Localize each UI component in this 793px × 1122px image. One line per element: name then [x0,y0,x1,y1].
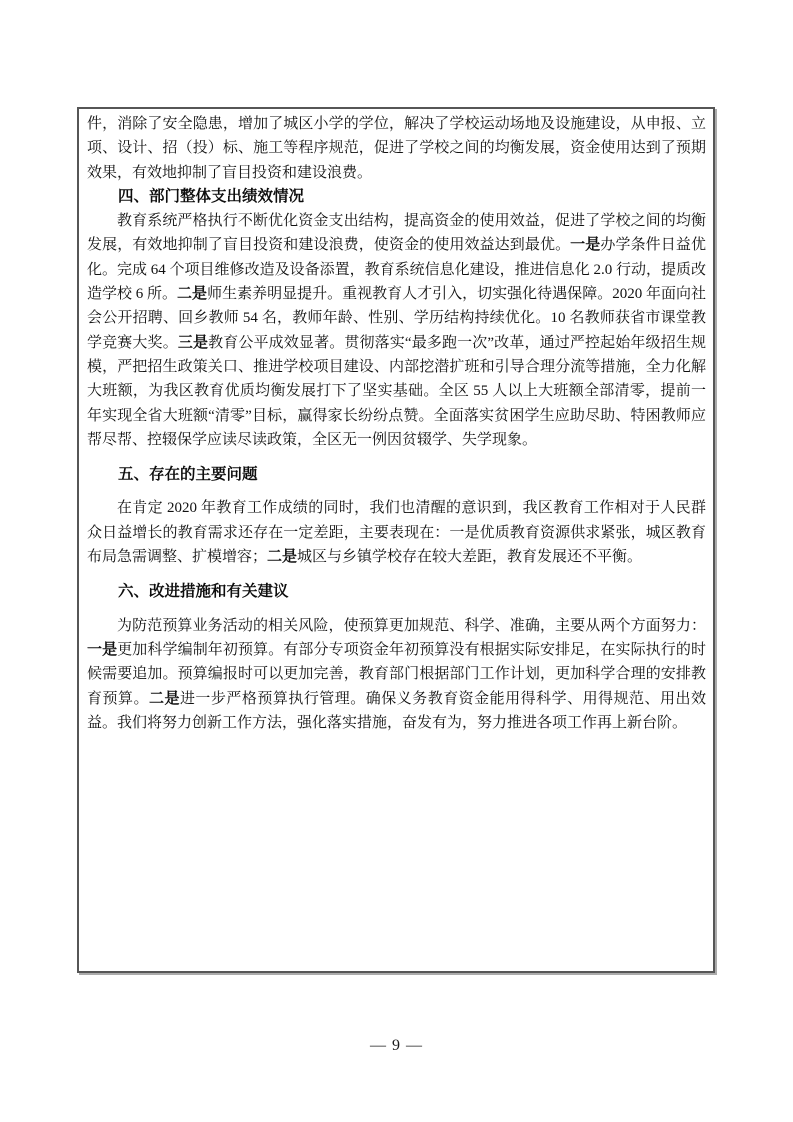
emphasis-run: 二是 [267,549,297,565]
text-run: 城区与乡镇学校存在较大差距，教育发展还不平衡。 [297,549,642,565]
paragraph-continuation: 件，消除了安全隐患，增加了城区小学的学位，解决了学校运动场地及设施建设，从申报、… [87,112,706,185]
heading-section-6: 六、改进措施和有关建议 [87,580,706,604]
text-run: 件，消除了安全隐患，增加了城区小学的学位，解决了学校运动场地及设施建设，从申报、… [87,116,706,181]
emphasis-run: 一是 [570,237,600,253]
emphasis-run: 一是 [87,642,117,658]
emphasis-run: 二是 [149,691,180,707]
heading-text: 五、存在的主要问题 [118,466,258,483]
emphasis-run: 三是 [178,335,208,351]
heading-section-5: 五、存在的主要问题 [87,463,706,487]
report-table-frame: 件，消除了安全隐患，增加了城区小学的学位，解决了学校运动场地及设施建设，从申报、… [77,107,715,973]
heading-section-4: 四、部门整体支出绩效情况 [87,185,706,209]
page-number: — 9 — [0,1035,793,1057]
text-run: 进一步严格预算执行管理。确保义务教育资金能用得科学、用得规范、用出效益。我们将努… [87,691,706,731]
heading-text: 六、改进措施和有关建议 [118,583,289,600]
page-number-text: — 9 — [370,1037,423,1054]
heading-text: 四、部门整体支出绩效情况 [118,188,304,205]
emphasis-run: 二是 [177,286,207,302]
text-run: 教育公平成效显著。贯彻落实“最多跑一次”改革，通过严控起始年级招生规模，严把招生… [87,335,706,448]
paragraph-section-6: 为防范预算业务活动的相关风险，使预算更加规范、科学、准确，主要从两个方面努力：一… [87,614,706,735]
paragraph-section-5: 在肯定 2020 年教育工作成绩的同时，我们也清醒的意识到，我区教育工作相对于人… [87,496,706,569]
paragraph-section-4: 教育系统严格执行不断优化资金支出结构，提高资金的使用效益，促进了学校之间的均衡发… [87,209,706,452]
text-run: 为防范预算业务活动的相关风险，使预算更加规范、科学、准确，主要从两个方面努力： [117,618,706,634]
